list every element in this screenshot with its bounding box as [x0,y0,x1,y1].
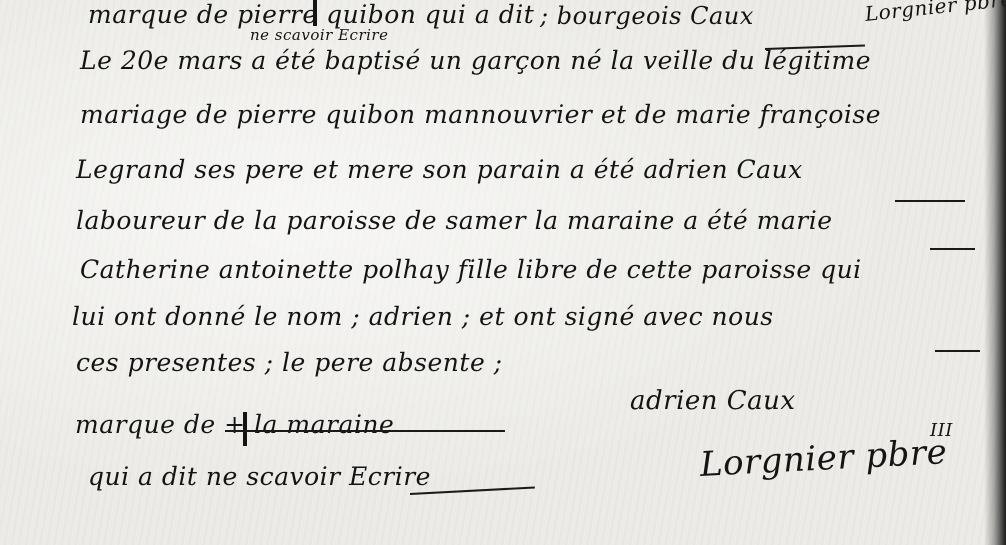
text-line-2: mariage de pierre quibon mannouvrier et … [80,100,881,129]
text-line-4: laboureur de la paroisse de samer la mar… [76,206,833,235]
line-filler-4 [930,248,975,250]
line-filler-6 [935,350,980,352]
text-line-8: marque de + la maraine [75,410,394,439]
document-page: marque de pierre quibon qui a dit ne sca… [0,0,1006,545]
text-line-5: Catherine antoinette polhay fille libre … [80,255,862,284]
page-binding-shadow [984,0,1006,545]
strike-line [225,430,505,432]
text-line-superscript: ne scavoir Ecrire [250,26,388,44]
line-filler-3 [895,200,965,202]
text-line-9: qui a dit ne scavoir Ecrire [88,462,431,491]
text-line-1: Le 20e mars a été baptisé un garçon né l… [80,46,871,75]
signature-priest: Lorgnier pbre [699,432,948,485]
text-line-6: lui ont donné le nom ; adrien ; et ont s… [72,302,774,331]
text-line-3: Legrand ses pere et mere son parain a ét… [76,155,803,184]
cross-mark-godmother [243,412,247,446]
signature-godfather: adrien Caux [630,386,796,416]
signature-top-bourgeois: ; bourgeois Caux [540,2,754,30]
text-line-7: ces presentes ; le pere absente ; [76,348,503,377]
cross-mark-top [313,0,317,26]
text-line-top: marque de pierre quibon qui a dit [88,0,534,29]
